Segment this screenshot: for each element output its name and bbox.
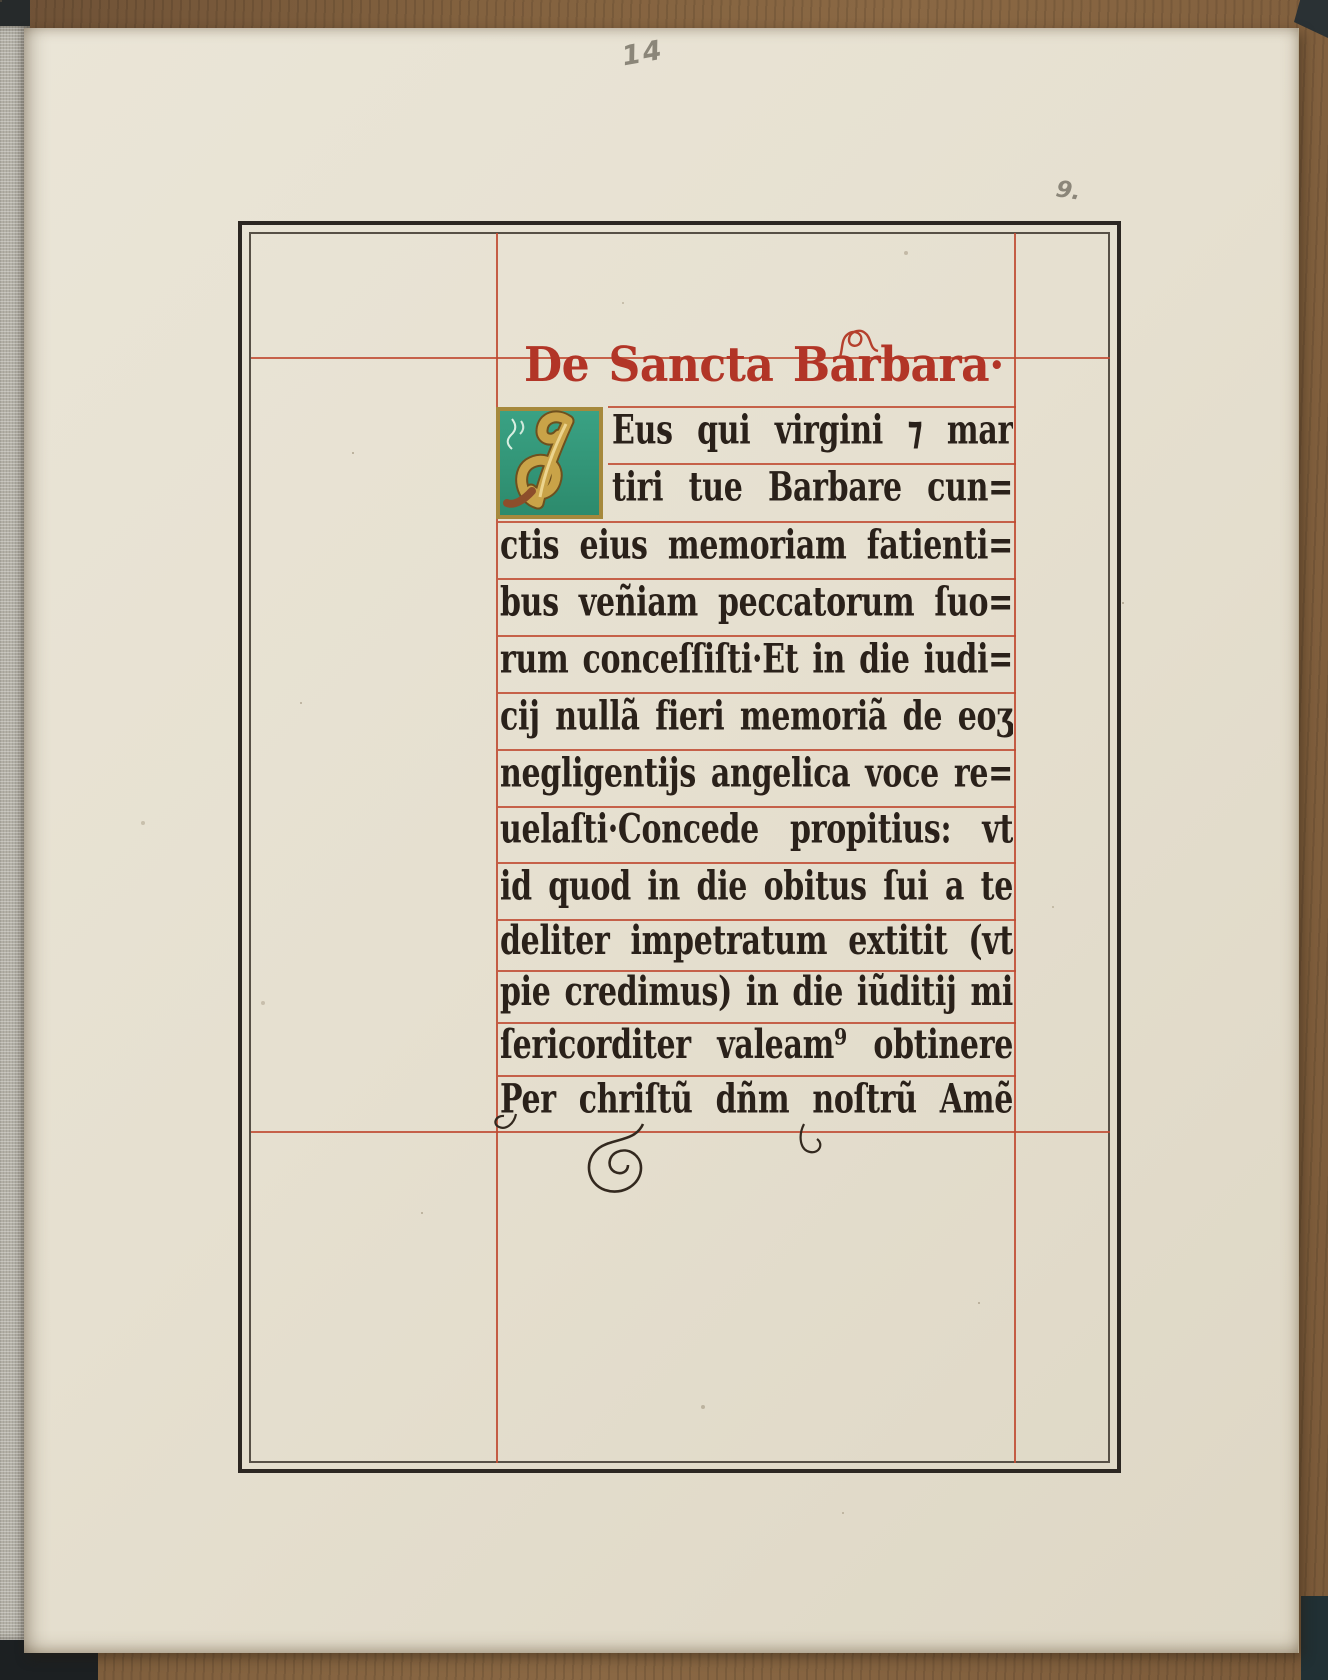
backdrop-corner-bottom-right	[1301, 1596, 1328, 1680]
initial-d-artwork	[496, 407, 603, 519]
pencil-corner-mark: 9.	[1054, 176, 1083, 206]
illuminated-initial-d	[496, 407, 603, 519]
paper-specks	[0, 0, 2, 2]
manuscript-text-line: Per chriſtũ dñm noſtrũ Amẽ	[500, 1063, 1013, 1137]
red-ruling-vertical-right	[1014, 233, 1016, 1463]
photographed-manuscript-scene: 14 9. De Sancta Barbara·	[0, 0, 1328, 1680]
